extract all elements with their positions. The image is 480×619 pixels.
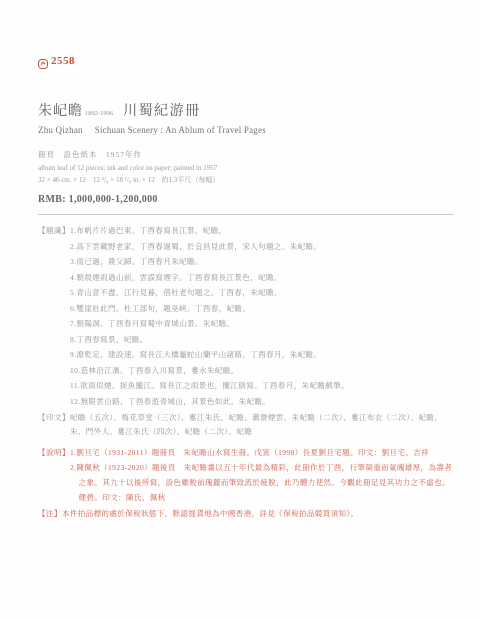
artist-name-en: Zhu Qizhan (38, 125, 83, 135)
inscription-line: 10.造林沿江濱。丁酉春入川寫景，婁水朱屺瞻。 (70, 363, 456, 379)
artist-name-cn: 朱屺瞻 (38, 104, 83, 119)
notes-label: 【說明】 (38, 445, 70, 505)
title-block-en: Zhu QizhanSichuan Scenery : An Ablum of … (38, 125, 456, 135)
artist-years: 1892-1996 (85, 110, 113, 117)
inscription-label: 【題識】 (38, 223, 70, 409)
inscription-line: 9.潦乾足，建設速。寫長江大橋龜蛇山蘭平山諸路。丁酉春月，朱屺瞻。 (70, 347, 456, 363)
auction-catalog-page: 2558 朱屺瞻1892-1996川蜀紀游冊 Zhu QizhanSichuan… (0, 0, 480, 619)
inscription-line: 11.欲雨似煙，捉魚攏江。寫長江之雨景也，攏江倒寫。丁酉春月，朱屺瞻戲筆。 (70, 378, 456, 394)
seals-content: 屺瞻（五次）、梅花草堂（三次）、婁江朱氏、屺瞻、蕭齋煙雲、朱屺瞻（二次）、婁江布… (70, 411, 456, 439)
remark-label: 【注】 (38, 506, 62, 521)
lot-number: 2558 (51, 55, 75, 67)
seals-section: 【印文】 屺瞻（五次）、梅花草堂（三次）、婁江朱氏、屺瞻、蕭齋煙雲、朱屺瞻（二次… (38, 411, 456, 439)
notes-content: 1.劉旦宅（1931-2011）題冊頁 朱屺瞻山水寫生冊。戊寅（1998）長夏劉… (70, 445, 456, 505)
inscription-line: 7.朝陽洞。丁酉春月寫蜀中青城山景。朱屺瞻。 (70, 316, 456, 332)
inscription-line: 4.朝晨煙雨過山前，雲誤寫煙字。丁酉春寫長江景色，屺瞻。 (70, 270, 456, 286)
estimate-line: RMB: 1,000,000-1,200,000 (38, 194, 456, 205)
inscription-line: 12.無限雲山路，丁酉春遊青城山，其景色如此。朱屺瞻。 (70, 394, 456, 410)
medium-line-en: album leaf of 12 pieces; ink and color o… (38, 164, 456, 172)
notes-section: 【說明】 1.劉旦宅（1931-2011）題冊頁 朱屺瞻山水寫生冊。戊寅（199… (38, 445, 456, 505)
note-item: 1.劉旦宅（1931-2011）題冊頁 朱屺瞻山水寫生冊。戊寅（1998）長夏劉… (70, 445, 456, 460)
size-line: 32 × 46 cm. × 12 12 ⁵/₈ × 18 ¹/₈ in. × 1… (38, 175, 456, 185)
artwork-title-en: Sichuan Scenery : An Ablum of Travel Pag… (95, 125, 266, 135)
divider-rule (38, 214, 454, 215)
inscription-line: 5.青山意不盡，江行見暮，借杜老句題之。丁酉春，朱屺瞻。 (70, 285, 456, 301)
inscription-line: 8.丁酉春寫景，屺瞻。 (70, 332, 456, 348)
inscription-line: 2.高下雲藏野老家，丁酉春過蜀，於宜昌見此景，宋人句題之。朱屺瞻。 (70, 239, 456, 255)
inscription-line: 1.布帆片片過巴東。丁酉春寫長江景，屺瞻。 (70, 223, 456, 239)
note-item: 2.陳佩秋（1923-2020）題後頁 朱屺瞻畫以五十年代最為精彩，此冊作於丁酉… (70, 460, 456, 505)
inscription-content: 1.布帆片片過巴東。丁酉春寫長江景，屺瞻。 2.高下雲藏野老家，丁酉春過蜀，於宜… (70, 223, 456, 409)
seals-label: 【印文】 (38, 411, 70, 439)
medium-line-cn: 冊頁 設色紙本 1957年作 (38, 149, 456, 160)
lot-number-prefix: 255 (51, 55, 69, 67)
inscription-line: 6.雙崖壯此門。杜工部句，題巫峽。丁酉春，屺瞻。 (70, 301, 456, 317)
inscription-line: 3.雨已過，農父歸。丁酉春月朱屺瞻。 (70, 254, 456, 270)
lot-seal-icon (38, 56, 48, 66)
remark-content: 本件拍品標的處於保稅狀態下，默認提貨地為中國香港，詳見《保稅拍品競買須知》。 (62, 506, 456, 521)
lot-number-suffix: 8 (69, 55, 75, 67)
inscription-section: 【題識】 1.布帆片片過巴東。丁酉春寫長江景，屺瞻。 2.高下雲藏野老家，丁酉春… (38, 223, 456, 409)
remark-section: 【注】 本件拍品標的處於保稅狀態下，默認提貨地為中國香港，詳見《保稅拍品競買須知… (38, 506, 456, 521)
artwork-title-cn: 川蜀紀游冊 (123, 104, 201, 119)
title-block: 朱屺瞻1892-1996川蜀紀游冊 (38, 100, 456, 120)
lot-header: 2558 (38, 55, 456, 67)
